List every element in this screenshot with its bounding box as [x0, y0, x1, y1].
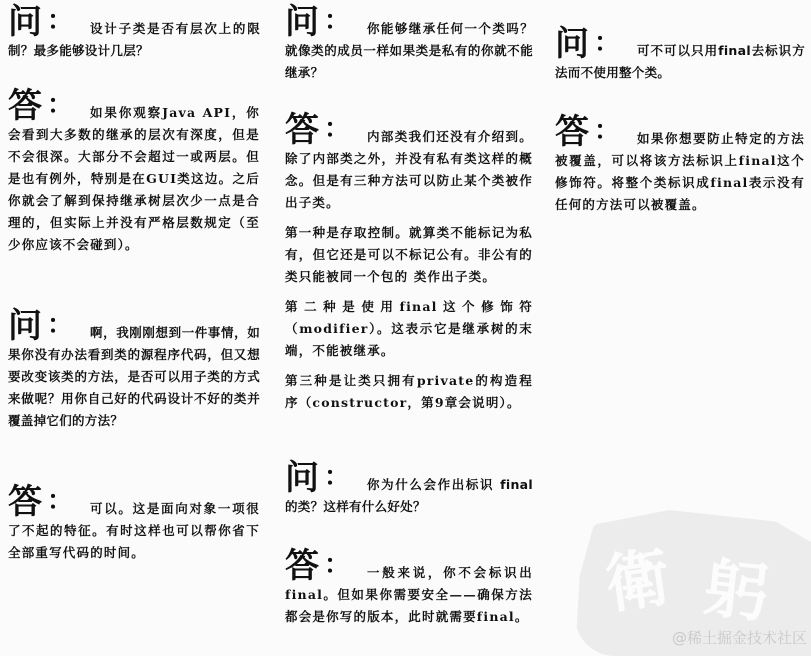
- answer-marker-icon: 答：: [8, 88, 72, 123]
- question-5: 问： 可不可以只用final去标识方法而不使用整个类。: [555, 26, 805, 84]
- question-marker-icon: 问：: [285, 4, 349, 39]
- question-marker-icon: 问：: [8, 308, 72, 343]
- answer-marker-icon: 答：: [555, 114, 619, 149]
- answer-paragraph-method-2: 第二种是使用final这个修饰符（modifier）。这表示它是继承树的末端，不…: [285, 296, 533, 362]
- stamp-glyph: 衛: [599, 526, 675, 626]
- question-marker-icon: 问：: [285, 460, 349, 495]
- question-3: 问： 你能够继承任何一个类吗？就像类的成员一样如果类是私有的你就不能继承？: [285, 4, 533, 84]
- answer-5: 答： 如果你想要防止特定的方法被覆盖，可以将该方法标识上final这个修饰符。将…: [555, 114, 805, 216]
- answer-1: 答： 如果你观察Java API，你会看到大多数的继承的层次有深度，但是不会很深…: [8, 88, 260, 256]
- question-marker-icon: 问：: [555, 26, 619, 61]
- watermark: @稀土掘金技术社区: [672, 627, 807, 648]
- answer-paragraph-method-3: 第三种是让类只拥有private的构造程序（constructor，第9章会说明…: [285, 370, 533, 414]
- question-4: 问： 你为什么会作出标识 final 的类？这样有什么好处？: [285, 460, 533, 518]
- answer-paragraph-method-1: 第一种是存取控制。就算类不能标记为私有，但它还是可以不标记公有。非公有的类只能被…: [285, 222, 533, 288]
- question-2: 问： 啊，我刚刚想到一件事情，如果你没有办法看到类的源程序代码，但又想要改变该类…: [8, 308, 260, 432]
- answer-3: 答： 内部类我们还没有介绍到。除了内部类之外，并没有私有类这样的概念。但是有三种…: [285, 112, 533, 414]
- question-1: 问： 设计子类是否有层次上的限制？最多能够设计几层？: [8, 4, 260, 62]
- answer-2: 答： 可以。这是面向对象一项很了不起的特征。有时这样也可以帮你省下全部重写代码的…: [8, 484, 260, 564]
- answer-marker-icon: 答：: [285, 548, 349, 583]
- answer-marker-icon: 答：: [285, 112, 349, 147]
- answer-4: 答： 一般来说，你不会标识出final。但如果你需要安全——确保方法都会是你写的…: [285, 548, 533, 628]
- question-marker-icon: 问：: [8, 4, 72, 39]
- stamp-glyph: 躬: [700, 537, 773, 635]
- answer-marker-icon: 答：: [8, 484, 72, 519]
